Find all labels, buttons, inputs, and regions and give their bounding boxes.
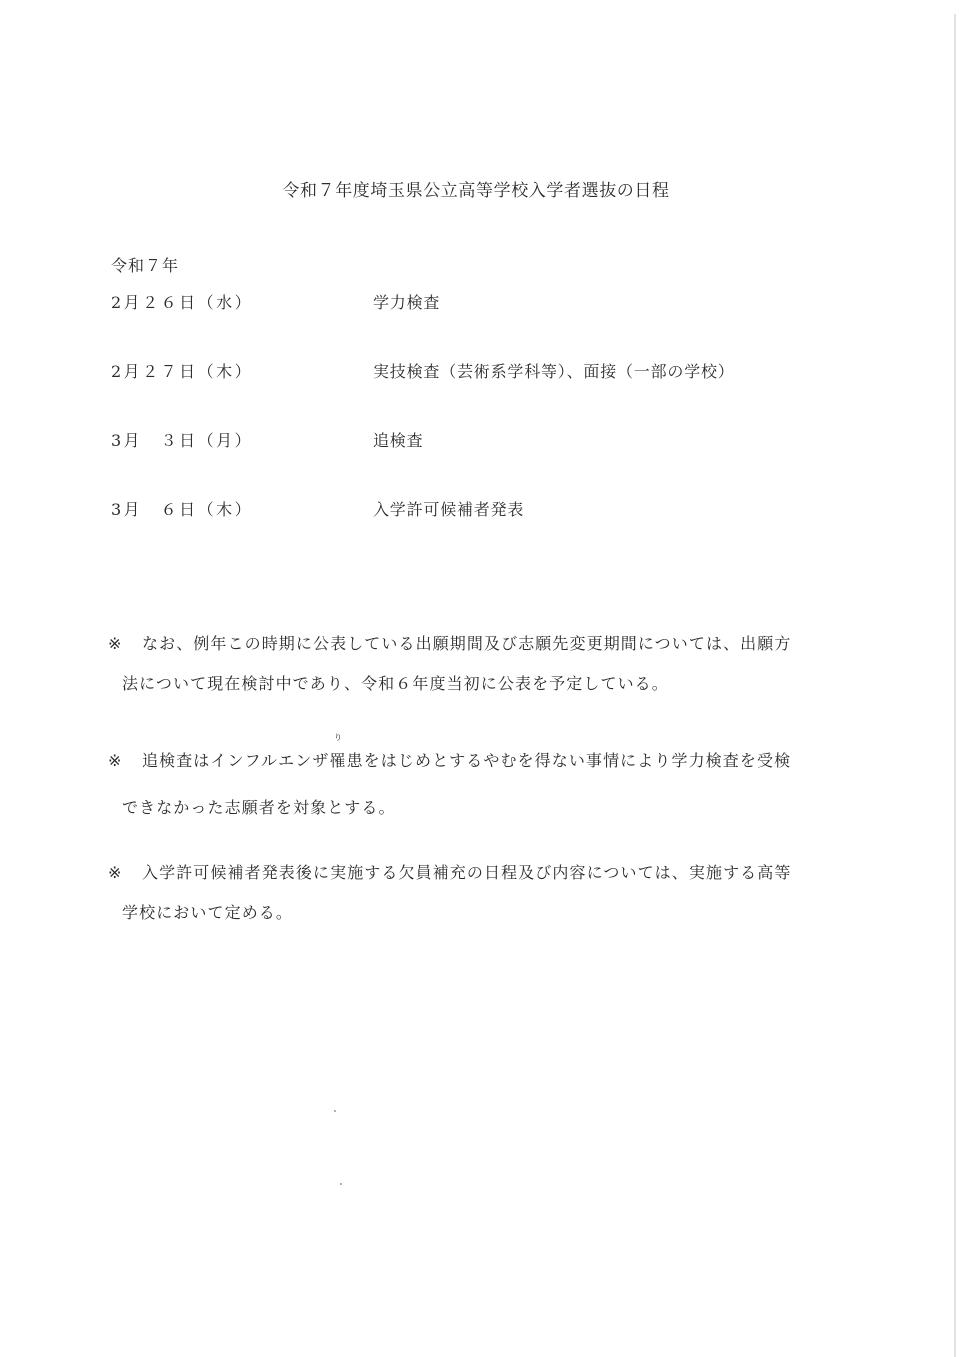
- note-text: 法について現在検討中であり、令和６年度当初に公表を予定している。: [108, 671, 856, 694]
- schedule-date: 2月２６日（水）: [111, 290, 253, 313]
- note-text: なお、例年この時期に公表している出願期間及び志願先変更期間については、出願方: [142, 634, 791, 653]
- schedule-event: 実技検査（芸術系学科等）、面接（一部の学校）: [373, 359, 735, 382]
- schedule-event: 追検査: [373, 428, 423, 451]
- schedule-date: 3月 ３日（月）: [111, 428, 253, 451]
- note-text: 患をはじめとするやむを得ない事情により学力検査を受検: [347, 751, 792, 770]
- era-label: 令和７年: [111, 253, 179, 276]
- reference-mark-icon: ※: [108, 751, 142, 770]
- reference-mark-icon: ※: [108, 863, 142, 882]
- note-text: 追検査はインフルエンザ: [142, 751, 329, 770]
- note-vacancy-fill: ※入学許可候補者発表後に実施する欠員補充の日程及び内容については、実施する高等 …: [108, 860, 856, 923]
- schedule-date: 2月２７日（木）: [111, 359, 253, 382]
- note-text: 入学許可候補者発表後に実施する欠員補充の日程及び内容については、実施する高等: [142, 863, 791, 882]
- scan-speck: [334, 1110, 336, 1112]
- document-title: 令和７年度埼玉県公立高等学校入学者選抜の日程: [0, 176, 952, 201]
- ruby-reading: り: [334, 732, 342, 743]
- note-make-up-exam: ※追検査はインフルエンザり罹患をはじめとするやむを得ない事情により学力検査を受検…: [108, 748, 856, 818]
- note-application-period: ※なお、例年この時期に公表している出願期間及び志願先変更期間については、出願方 …: [108, 631, 856, 694]
- schedule-date: 3月 ６日（木）: [111, 497, 253, 520]
- note-text: 学校において定める。: [108, 900, 856, 923]
- schedule-event: 入学許可候補者発表: [373, 497, 524, 520]
- ruby-annotation: り罹: [329, 748, 346, 771]
- reference-mark-icon: ※: [108, 634, 142, 653]
- note-text: できなかった志願者を対象とする。: [108, 795, 856, 818]
- scan-speck: [340, 1183, 342, 1185]
- ruby-base: 罹: [329, 751, 346, 770]
- page-edge: [954, 14, 956, 1357]
- schedule-event: 学力検査: [373, 290, 440, 313]
